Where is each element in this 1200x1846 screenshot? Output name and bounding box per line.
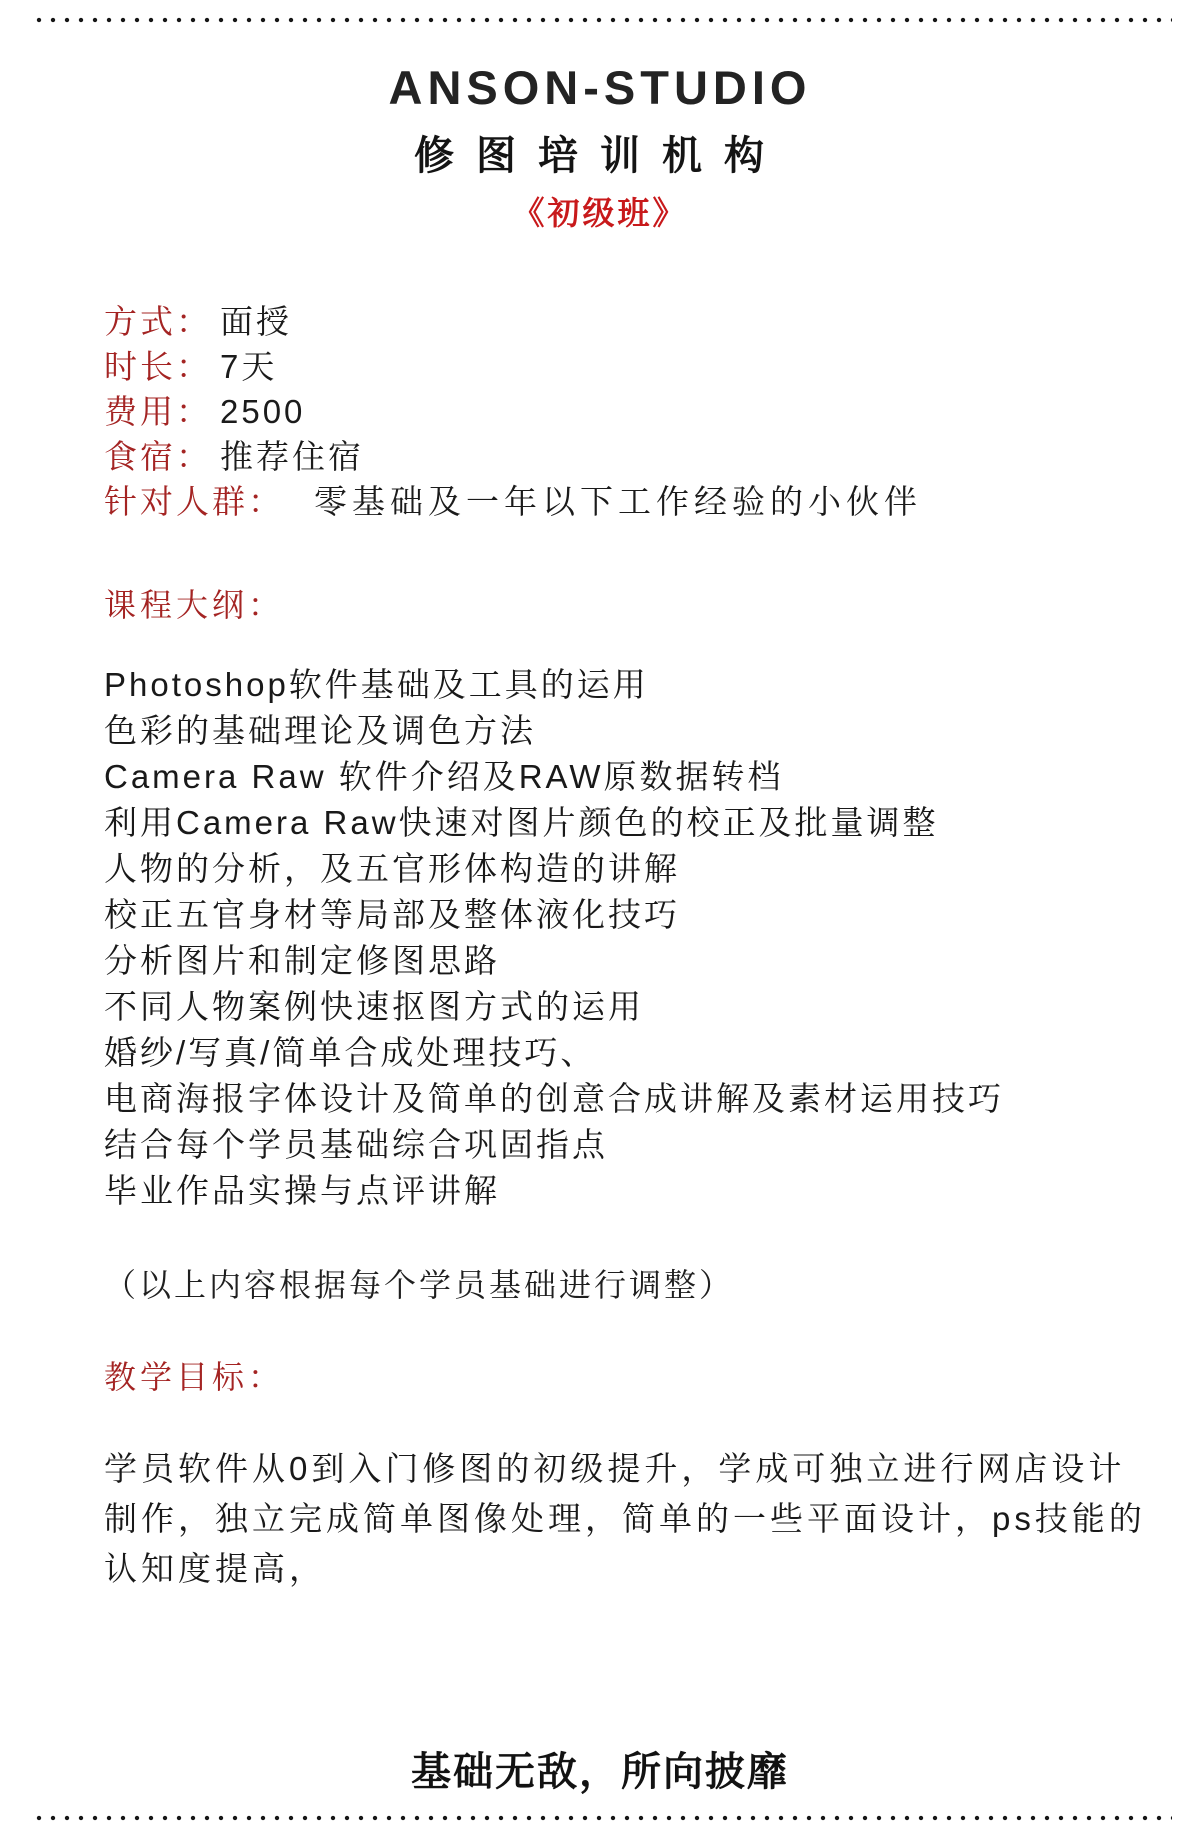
outline-item: 校正五官身材等局部及整体液化技巧 (104, 892, 1160, 938)
goal-line: 制作，独立完成简单图像处理，简单的一些平面设计，ps技能的 (104, 1494, 1130, 1544)
footer-slogan: 基础无敌，所向披靡 (0, 1740, 1200, 1797)
info-label-method: 方式： (104, 296, 212, 343)
info-row-method: 方式： 面授 (104, 296, 1140, 341)
outline-item: 利用Camera Raw快速对图片颜色的校正及批量调整 (104, 800, 1160, 846)
outline-item: 分析图片和制定修图思路 (104, 938, 1160, 984)
bottom-dotted-border (32, 1815, 1172, 1821)
course-level-badge: 《初级班》 (0, 188, 1200, 234)
info-label-lodging: 食宿： (104, 431, 212, 478)
outline-heading: 课程大纲： (104, 580, 284, 626)
course-outline-list: Photoshop软件基础及工具的运用 色彩的基础理论及调色方法 Camera … (104, 662, 1160, 1214)
outline-item: 结合每个学员基础综合巩固指点 (104, 1122, 1160, 1168)
outline-item: 人物的分析，及五官形体构造的讲解 (104, 846, 1160, 892)
studio-title: ANSON-STUDIO (0, 60, 1200, 115)
info-row-duration: 时长： 7天 (104, 341, 1140, 386)
goal-line: 认知度提高， (104, 1544, 1130, 1594)
course-info-list: 方式： 面授 时长： 7天 费用： 2500 食宿： 推荐住宿 针对人群： 零基… (104, 296, 1140, 521)
info-value-fee: 2500 (220, 393, 305, 431)
info-value-method: 面授 (220, 296, 292, 343)
goal-paragraph: 学员软件从0到入门修图的初级提升，学成可独立进行网店设计 制作，独立完成简单图像… (104, 1444, 1130, 1594)
info-row-lodging: 食宿： 推荐住宿 (104, 431, 1140, 476)
goal-heading: 教学目标： (104, 1352, 284, 1398)
outline-item: 电商海报字体设计及简单的创意合成讲解及素材运用技巧 (104, 1076, 1160, 1122)
info-value-duration: 7天 (220, 341, 277, 388)
info-label-fee: 费用： (104, 386, 212, 433)
info-row-fee: 费用： 2500 (104, 386, 1140, 431)
outline-adjustment-note: （以上内容根据每个学员基础进行调整） (104, 1260, 734, 1306)
goal-line: 学员软件从0到入门修图的初级提升，学成可独立进行网店设计 (104, 1444, 1130, 1494)
info-label-duration: 时长： (104, 341, 212, 388)
outline-item: 婚纱/写真/简单合成处理技巧、 (104, 1030, 1160, 1076)
info-value-lodging: 推荐住宿 (220, 431, 364, 478)
info-label-audience: 针对人群： (104, 476, 284, 523)
outline-item: Camera Raw 软件介绍及RAW原数据转档 (104, 754, 1160, 800)
poster-page: ANSON-STUDIO 修图培训机构 《初级班》 方式： 面授 时长： 7天 … (0, 0, 1200, 1846)
info-row-audience: 针对人群： 零基础及一年以下工作经验的小伙伴 (104, 476, 1140, 521)
outline-item: 毕业作品实操与点评讲解 (104, 1168, 1160, 1214)
outline-item: 不同人物案例快速抠图方式的运用 (104, 984, 1160, 1030)
outline-item: 色彩的基础理论及调色方法 (104, 708, 1160, 754)
info-value-audience: 零基础及一年以下工作经验的小伙伴 (314, 476, 922, 523)
top-dotted-border (32, 17, 1172, 23)
studio-subtitle: 修图培训机构 (0, 124, 1200, 181)
outline-item: Photoshop软件基础及工具的运用 (104, 662, 1160, 708)
